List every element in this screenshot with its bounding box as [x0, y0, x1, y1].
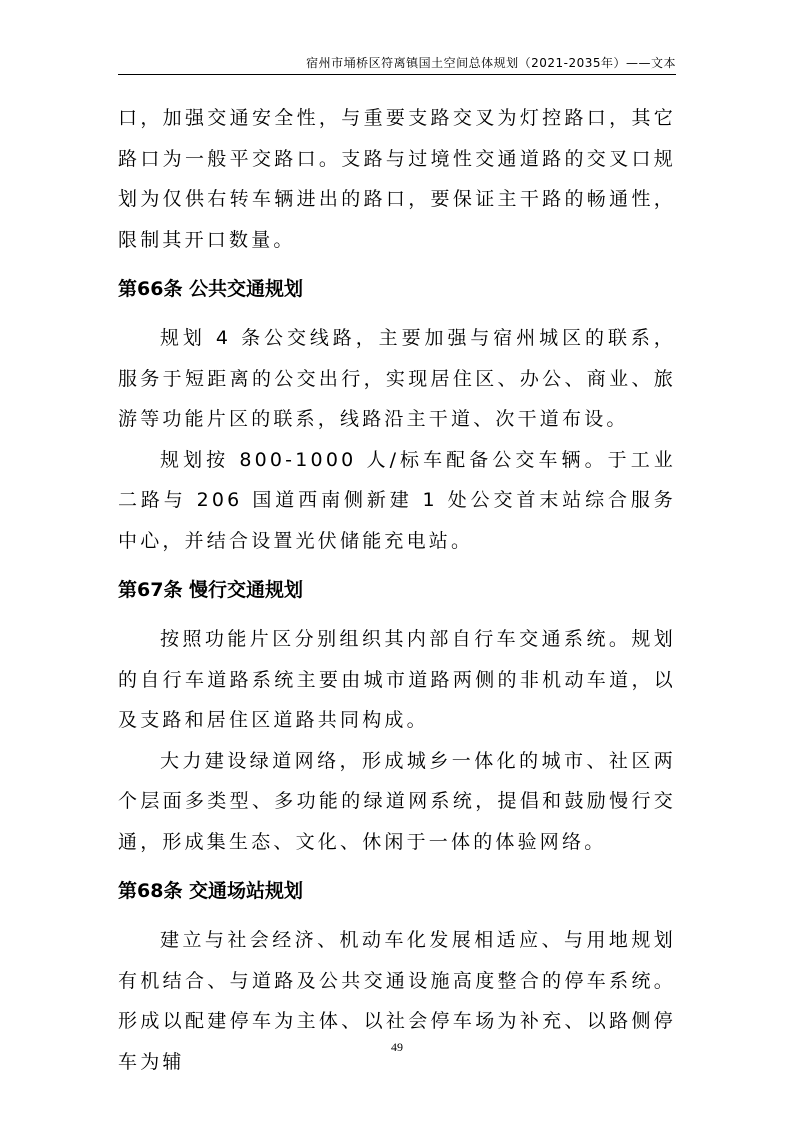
paragraph: 大力建设绿道网络，形成城乡一体化的城市、社区两个层面多类型、多功能的绿道网系统，… [118, 741, 676, 863]
section-heading: 第66条 公共交通规划 [118, 269, 676, 309]
page-number: 49 [0, 1040, 794, 1055]
paragraph: 建立与社会经济、机动车化发展相适应、与用地规划有机结合、与道路及公共交通设施高度… [118, 920, 676, 1082]
paragraph: 规划 4 条公交线路，主要加强与宿州城区的联系，服务于短距离的公交出行，实现居住… [118, 318, 676, 440]
document-body: 口，加强交通安全性，与重要支路交叉为灯控路口，其它路口为一般平交路口。支路与过境… [118, 98, 676, 1082]
header-title: 宿州市埇桥区符离镇国土空间总体规划（2021-2035年）——文本 [306, 56, 676, 70]
paragraph: 按照功能片区分别组织其内部自行车交通系统。规划的自行车道路系统主要由城市道路两侧… [118, 619, 676, 741]
section-heading: 第68条 交通场站规划 [118, 871, 676, 911]
paragraph: 规划按 800-1000 人/标车配备公交车辆。于工业二路与 206 国道西南侧… [118, 440, 676, 562]
section-heading: 第67条 慢行交通规划 [118, 570, 676, 610]
paragraph: 口，加强交通安全性，与重要支路交叉为灯控路口，其它路口为一般平交路口。支路与过境… [118, 98, 676, 260]
page-header: 宿州市埇桥区符离镇国土空间总体规划（2021-2035年）——文本 [118, 52, 676, 75]
